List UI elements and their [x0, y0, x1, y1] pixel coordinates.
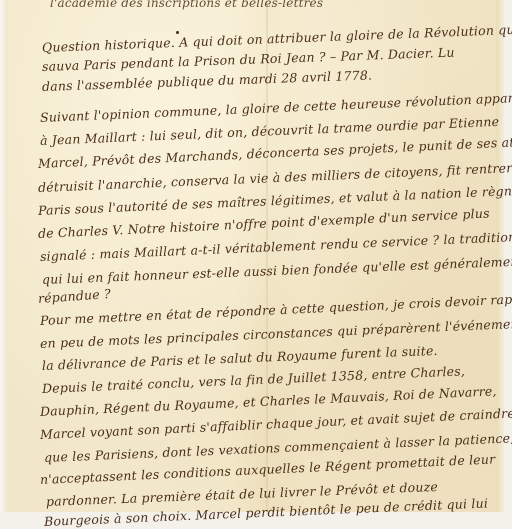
manuscript-page: l'académie des inscriptions et belles-le… — [8, 0, 504, 512]
ink-dot — [176, 31, 179, 34]
para1-line-9: répandue ? — [37, 286, 111, 306]
header-fragment: l'académie des inscriptions et belles-le… — [50, 0, 323, 10]
page-left-margin — [0, 0, 8, 512]
